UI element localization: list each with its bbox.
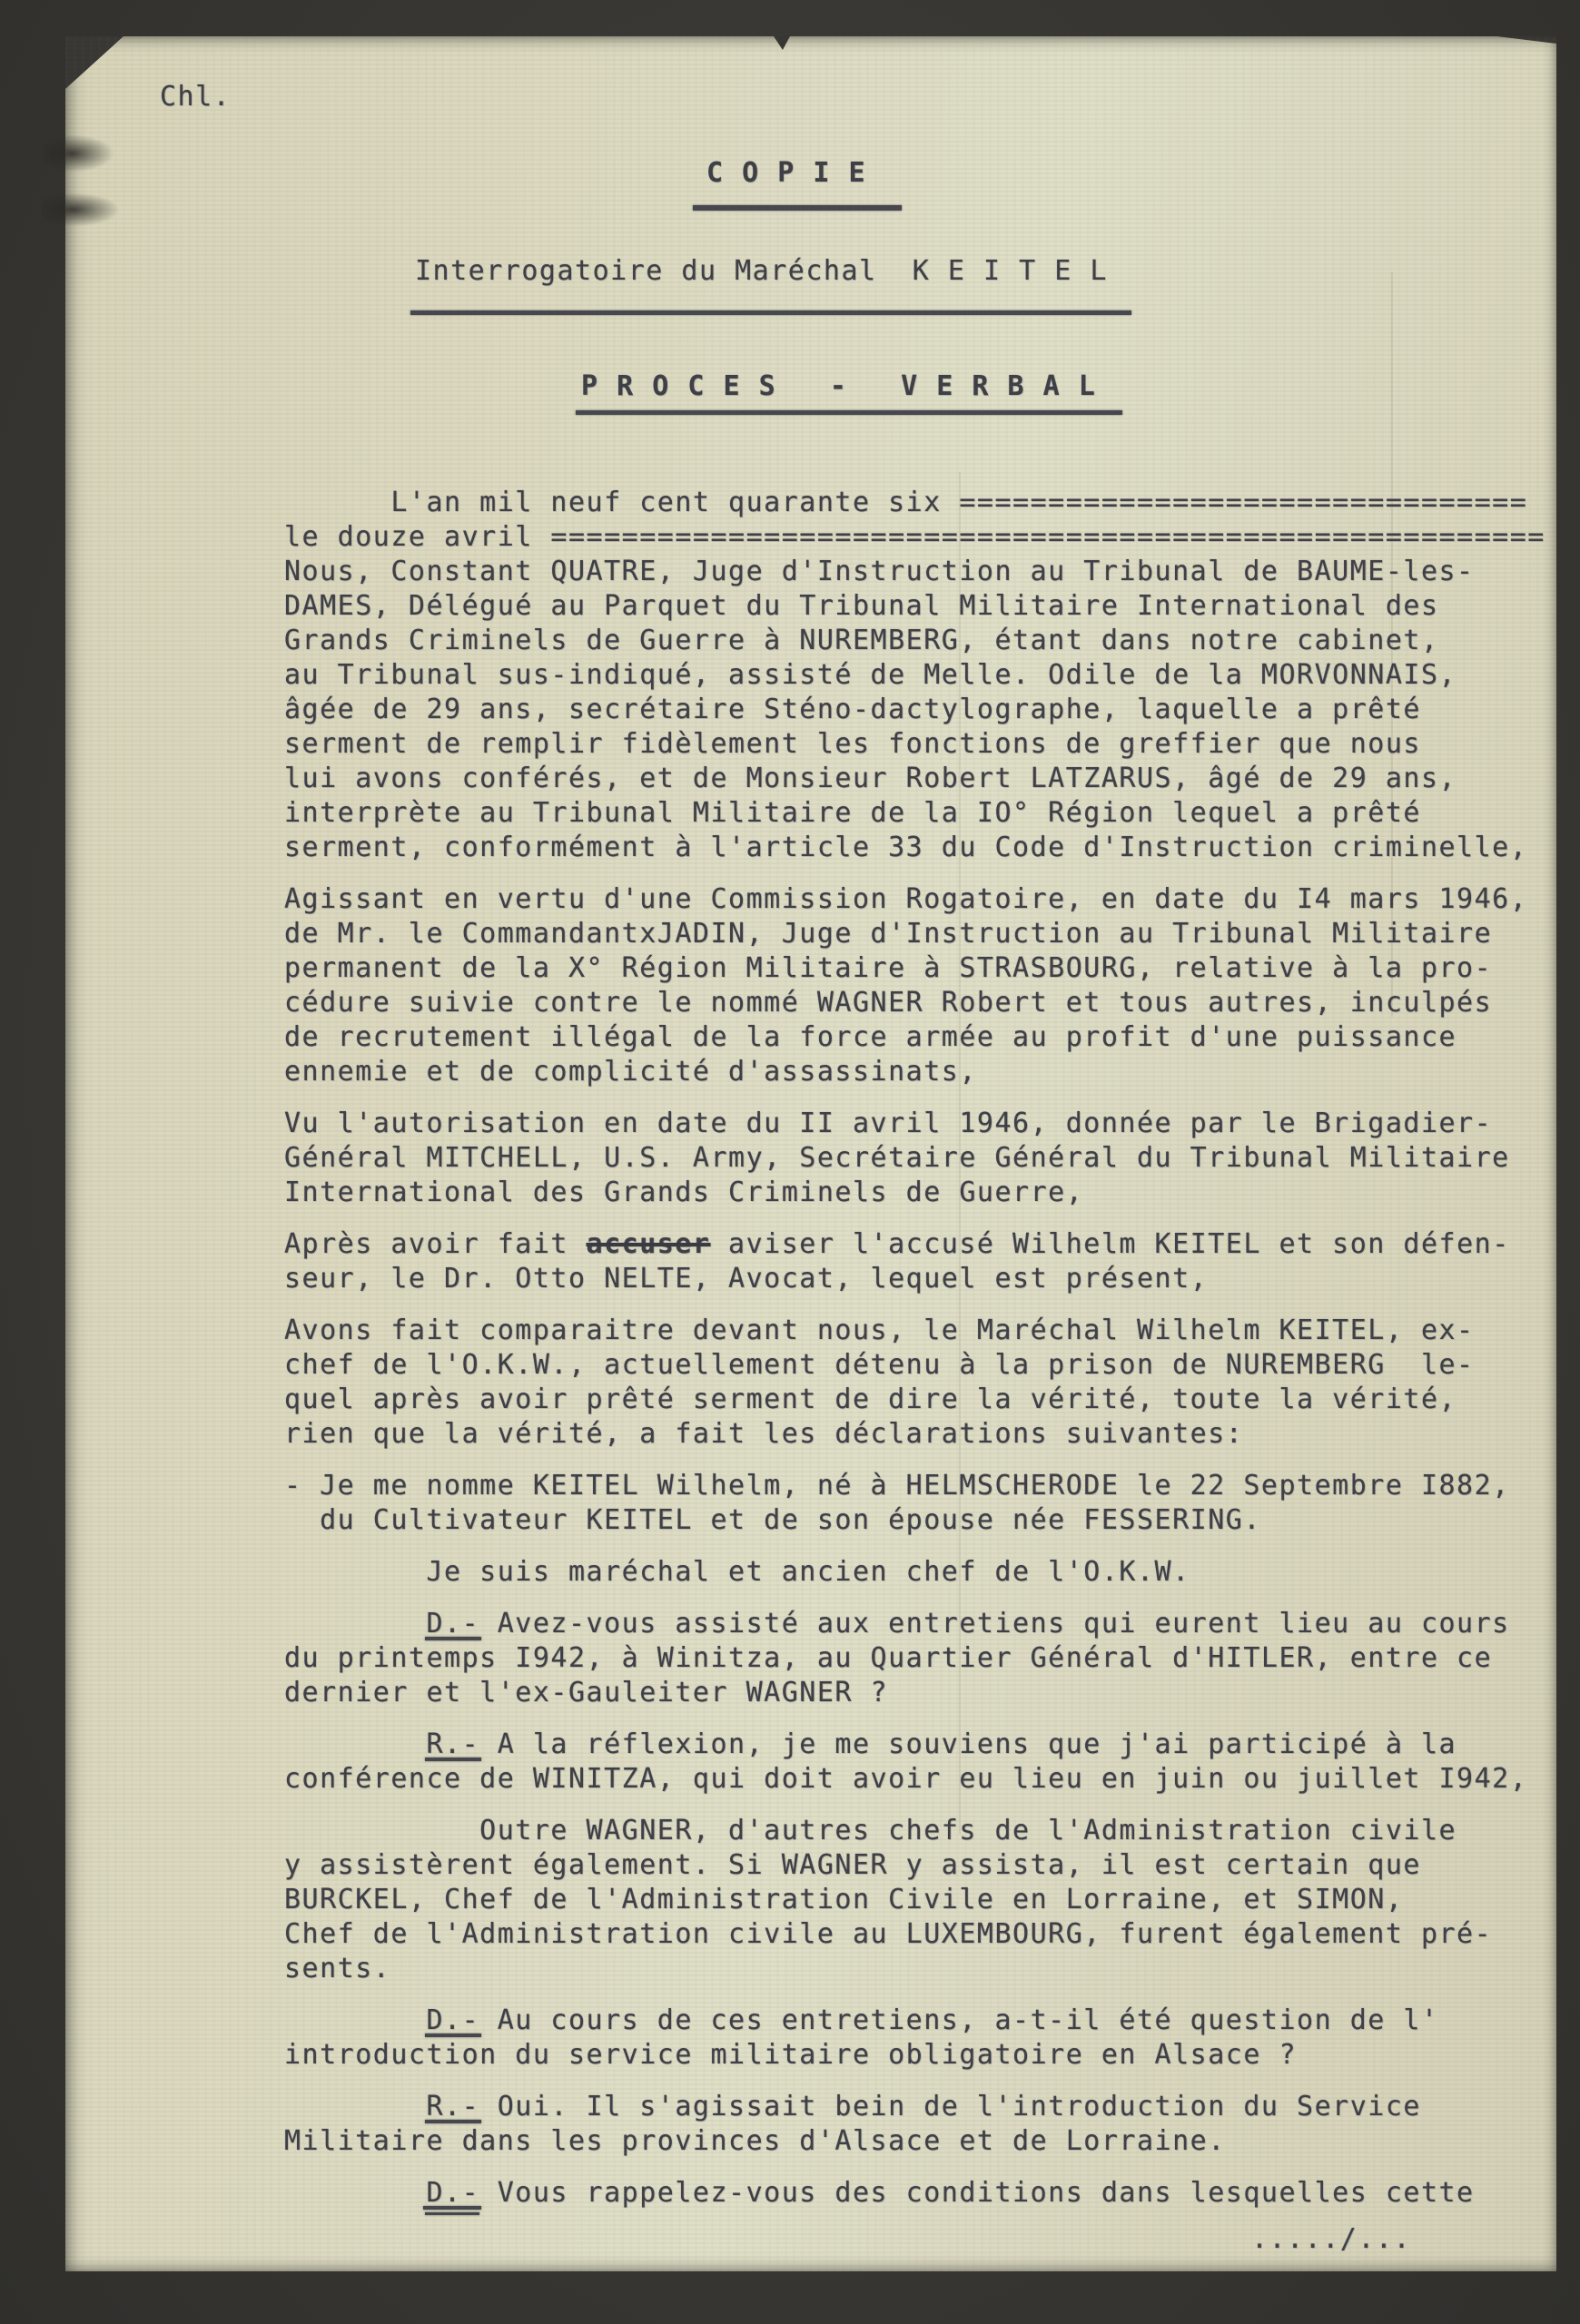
edge-smudge — [44, 134, 114, 172]
answer-1: R.- A la réflexion, je me souviens que j… — [284, 1728, 1527, 1797]
paragraph-opening: L'an mil neuf cent quarante six ========… — [284, 486, 1545, 865]
struck-out-word: accuser — [587, 1228, 711, 1260]
answer-2-marker-underline — [425, 2120, 481, 2123]
answer-1-marker-underline — [425, 1758, 481, 1761]
continuation-mark: ...../... — [1251, 2222, 1411, 2257]
paragraph-authorization: Vu l'autorisation en date du II avril 19… — [284, 1107, 1510, 1210]
copy-label-underline — [693, 205, 902, 211]
paragraph-attendees: Outre WAGNER, d'autres chefs de l'Admini… — [284, 1814, 1492, 1986]
document-title: Interrogatoire du Maréchal K E I T E L — [415, 254, 1108, 289]
paragraph-appearance: Avons fait comparaitre devant nous, le M… — [284, 1314, 1475, 1452]
corner-mark: Chl. — [160, 80, 231, 114]
scanned-document-page: Chl. C O P I E Interrogatoire du Marécha… — [0, 0, 1580, 2324]
question-3-marker-underline-2 — [425, 2212, 479, 2215]
paragraph-rank: Je suis maréchal et ancien chef de l'O.K… — [284, 1555, 1190, 1590]
question-1-marker-underline — [425, 1637, 481, 1640]
subtitle-underline — [576, 410, 1122, 415]
edge-smudge — [42, 192, 120, 227]
question-2: D.- Au cours de ces entretiens, a-t-il é… — [284, 2004, 1439, 2073]
title-underline — [410, 310, 1131, 315]
document-subtitle: P R O C E S - V E R B A L — [581, 369, 1096, 404]
question-1: D.- Avez-vous assisté aux entretiens qui… — [284, 1607, 1510, 1710]
paragraph-identity: - Je me nomme KEITEL Wilhelm, né à HELMS… — [284, 1469, 1510, 1538]
question-2-marker-underline — [425, 2033, 481, 2037]
question-3-marker-underline — [423, 2206, 481, 2210]
paragraph-commission: Agissant en vertu d'une Commission Rogat… — [284, 882, 1527, 1089]
paragraph-notice: Après avoir fait accuser aviser l'accusé… — [284, 1227, 1510, 1296]
copy-label: C O P I E — [706, 156, 866, 191]
notice-text-before: Après avoir fait — [284, 1228, 587, 1260]
answer-2: R.- Oui. Il s'agissait bein de l'introdu… — [284, 2090, 1421, 2159]
